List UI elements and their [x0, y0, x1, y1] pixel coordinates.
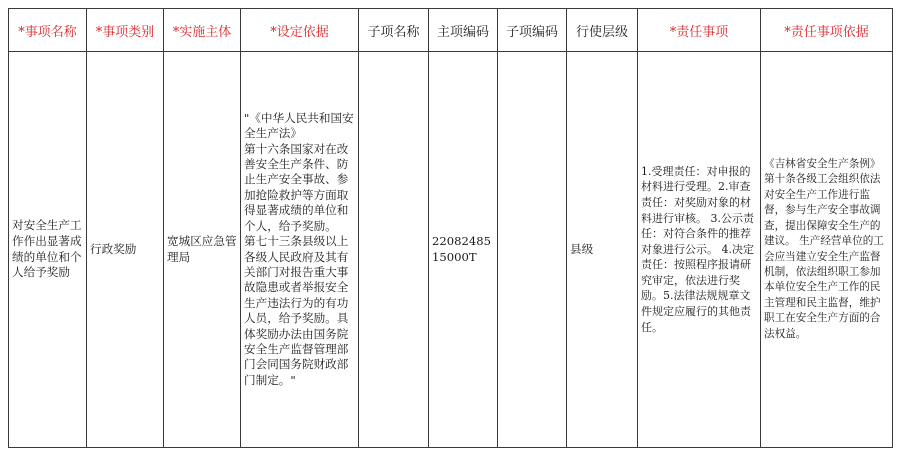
header-sub-item-code: 子项编码	[498, 9, 567, 52]
cell-sub-item-code	[498, 52, 567, 448]
cell-sub-item-name	[359, 52, 429, 448]
responsibilities-text: 1.受理责任：对申报的材料进行受理。2.审查责任：对奖励对象的材料进行审核。 3…	[641, 164, 757, 336]
header-sub-item-name: 子项名称	[359, 9, 429, 52]
header-item-category: *事项类别	[87, 9, 164, 52]
administrative-items-table: *事项名称 *事项类别 *实施主体 *设定依据 子项名称 主项编码 子项编码 行…	[8, 8, 893, 448]
header-item-name: *事项名称	[9, 9, 87, 52]
legal-basis-text: "《中华人民共和国安全生产法》 第十六条国家对在改善安全生产条件、防止生产安全事…	[244, 111, 355, 388]
exercise-level-text: 县级	[570, 242, 634, 257]
item-name-text: 对安全生产工作作出显著成绩的单位和个人给予奖励	[12, 218, 83, 280]
cell-responsibility-basis: 《吉林省安全生产条例》第十条各级工会组织依法对安全生产工作进行监督，参与生产安全…	[761, 52, 893, 448]
header-responsibility-basis: *责任事项依据	[761, 9, 893, 52]
cell-exercise-level: 县级	[567, 52, 638, 448]
implementing-body-text: 宽城区应急管理局	[167, 234, 237, 265]
header-legal-basis: *设定依据	[241, 9, 359, 52]
cell-implementing-body: 宽城区应急管理局	[164, 52, 241, 448]
header-row: *事项名称 *事项类别 *实施主体 *设定依据 子项名称 主项编码 子项编码 行…	[9, 9, 893, 52]
header-implementing-body: *实施主体	[164, 9, 241, 52]
main-item-code-text: 2208248515000T	[432, 234, 494, 265]
table-row: 对安全生产工作作出显著成绩的单位和个人给予奖励 行政奖励 宽城区应急管理局 "《…	[9, 52, 893, 448]
cell-responsibilities: 1.受理责任：对申报的材料进行受理。2.审查责任：对奖励对象的材料进行审核。 3…	[638, 52, 761, 448]
header-main-item-code: 主项编码	[429, 9, 498, 52]
cell-legal-basis: "《中华人民共和国安全生产法》 第十六条国家对在改善安全生产条件、防止生产安全事…	[241, 52, 359, 448]
header-exercise-level: 行使层级	[567, 9, 638, 52]
item-category-text: 行政奖励	[90, 242, 160, 257]
responsibility-basis-text: 《吉林省安全生产条例》第十条各级工会组织依法对安全生产工作进行监督，参与生产安全…	[764, 157, 889, 342]
cell-item-name: 对安全生产工作作出显著成绩的单位和个人给予奖励	[9, 52, 87, 448]
cell-main-item-code: 2208248515000T	[429, 52, 498, 448]
cell-item-category: 行政奖励	[87, 52, 164, 448]
header-responsibilities: *责任事项	[638, 9, 761, 52]
